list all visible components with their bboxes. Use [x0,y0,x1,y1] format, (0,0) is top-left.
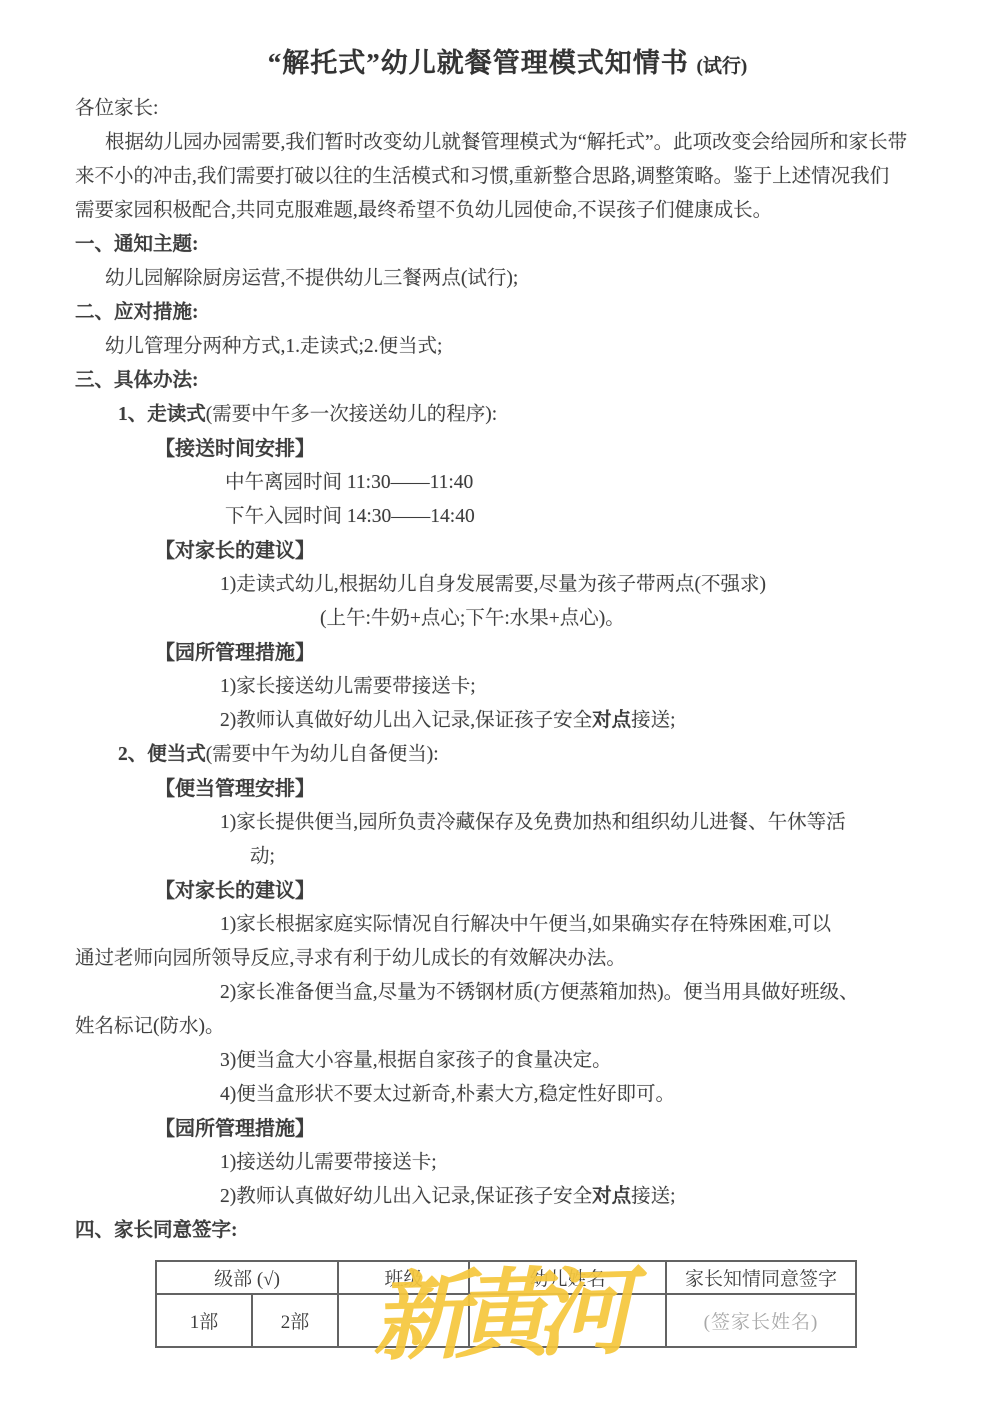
document-line: 2)教师认真做好幼儿出入记录,保证孩子安全对点接送; [220,1180,940,1214]
document-line: 各位家长: [75,92,940,126]
document-line: 下午入园时间 14:30——14:40 [225,500,940,534]
document-line: 1)家长根据家庭实际情况自行解决中午便当,如果确实存在特殊困难,可以 [220,908,940,942]
table-header-child-name: 幼儿姓名 [469,1261,666,1294]
document-line: 根据幼儿园办园需要,我们暂时改变幼儿就餐管理模式为“解托式”。此项改变会给园所和… [105,126,940,160]
page-title-suffix: (试行) [697,56,748,77]
document-line: 【园所管理措施】 [155,636,940,670]
document-line: 1)家长提供便当,园所负责冷藏保存及免费加热和组织幼儿进餐、午休等活 [220,806,940,840]
document-line: 幼儿园解除厨房运营,不提供幼儿三餐两点(试行); [105,262,940,296]
document-line: 动; [250,840,940,874]
table-cell-class [338,1294,469,1347]
document-line: 四、家长同意签字: [75,1214,940,1248]
document-line: 来不小的冲击,我们需要打破以往的生活模式和习惯,重新整合思路,调整策略。鉴于上述… [75,160,940,194]
document-line: 2、便当式(需要中午为幼儿自备便当): [118,738,940,772]
document-line: 【对家长的建议】 [155,874,940,908]
table-header-class: 班级 [338,1261,469,1294]
document-body: 各位家长:根据幼儿园办园需要,我们暂时改变幼儿就餐管理模式为“解托式”。此项改变… [75,92,940,1248]
document-line: 二、应对措施: [75,296,940,330]
document-line: 2)家长准备便当盒,尽量为不锈钢材质(方便蒸箱加热)。便当用具做好班级、 [220,976,940,1010]
document-line: 1)家长接送幼儿需要带接送卡; [220,670,940,704]
table-cell-signature: (签家长姓名) [666,1294,856,1347]
document-line: 【便当管理安排】 [155,772,940,806]
table-cell-grade2: 2部 [252,1294,338,1347]
table-cell-grade1: 1部 [156,1294,252,1347]
page-title: “解托式”幼儿就餐管理模式知情书 (试行) [75,42,940,88]
page-title-main: “解托式”幼儿就餐管理模式知情书 [268,48,689,78]
table-header-grade: 级部 (√) [156,1261,338,1294]
document-line: (上午:牛奶+点心;下午:水果+点心)。 [320,602,940,636]
document-line: 【接送时间安排】 [155,432,940,466]
document-line: 姓名标记(防水)。 [75,1010,940,1044]
table-header-signature: 家长知情同意签字 [666,1261,856,1294]
document-page: “解托式”幼儿就餐管理模式知情书 (试行) 各位家长:根据幼儿园办园需要,我们暂… [0,0,1000,1421]
document-line: 【园所管理措施】 [155,1112,940,1146]
document-line: 需要家园积极配合,共同克服难题,最终希望不负幼儿园使命,不误孩子们健康成长。 [75,194,940,228]
document-line: 【对家长的建议】 [155,534,940,568]
document-line: 4)便当盒形状不要太过新奇,朴素大方,稳定性好即可。 [220,1078,940,1112]
document-line: 1)走读式幼儿,根据幼儿自身发展需要,尽量为孩子带两点(不强求) [220,568,940,602]
document-line: 幼儿管理分两种方式,1.走读式;2.便当式; [105,330,940,364]
document-line: 3)便当盒大小容量,根据自家孩子的食量决定。 [220,1044,940,1078]
document-line: 一、通知主题: [75,228,940,262]
document-line: 2)教师认真做好幼儿出入记录,保证孩子安全对点接送; [220,704,940,738]
document-line: 1、走读式(需要中午多一次接送幼儿的程序): [118,398,940,432]
document-line: 1)接送幼儿需要带接送卡; [220,1146,940,1180]
document-line: 中午离园时间 11:30——11:40 [225,466,940,500]
table-data-row: 1部 2部 (签家长姓名) [156,1294,856,1347]
document-line: 三、具体办法: [75,364,940,398]
table-cell-child-name [469,1294,666,1347]
signature-table: 级部 (√) 班级 幼儿姓名 家长知情同意签字 1部 2部 (签家长姓名) [155,1260,857,1348]
table-header-row: 级部 (√) 班级 幼儿姓名 家长知情同意签字 [156,1261,856,1294]
document-line: 通过老师向园所领导反应,寻求有利于幼儿成长的有效解决办法。 [75,942,940,976]
